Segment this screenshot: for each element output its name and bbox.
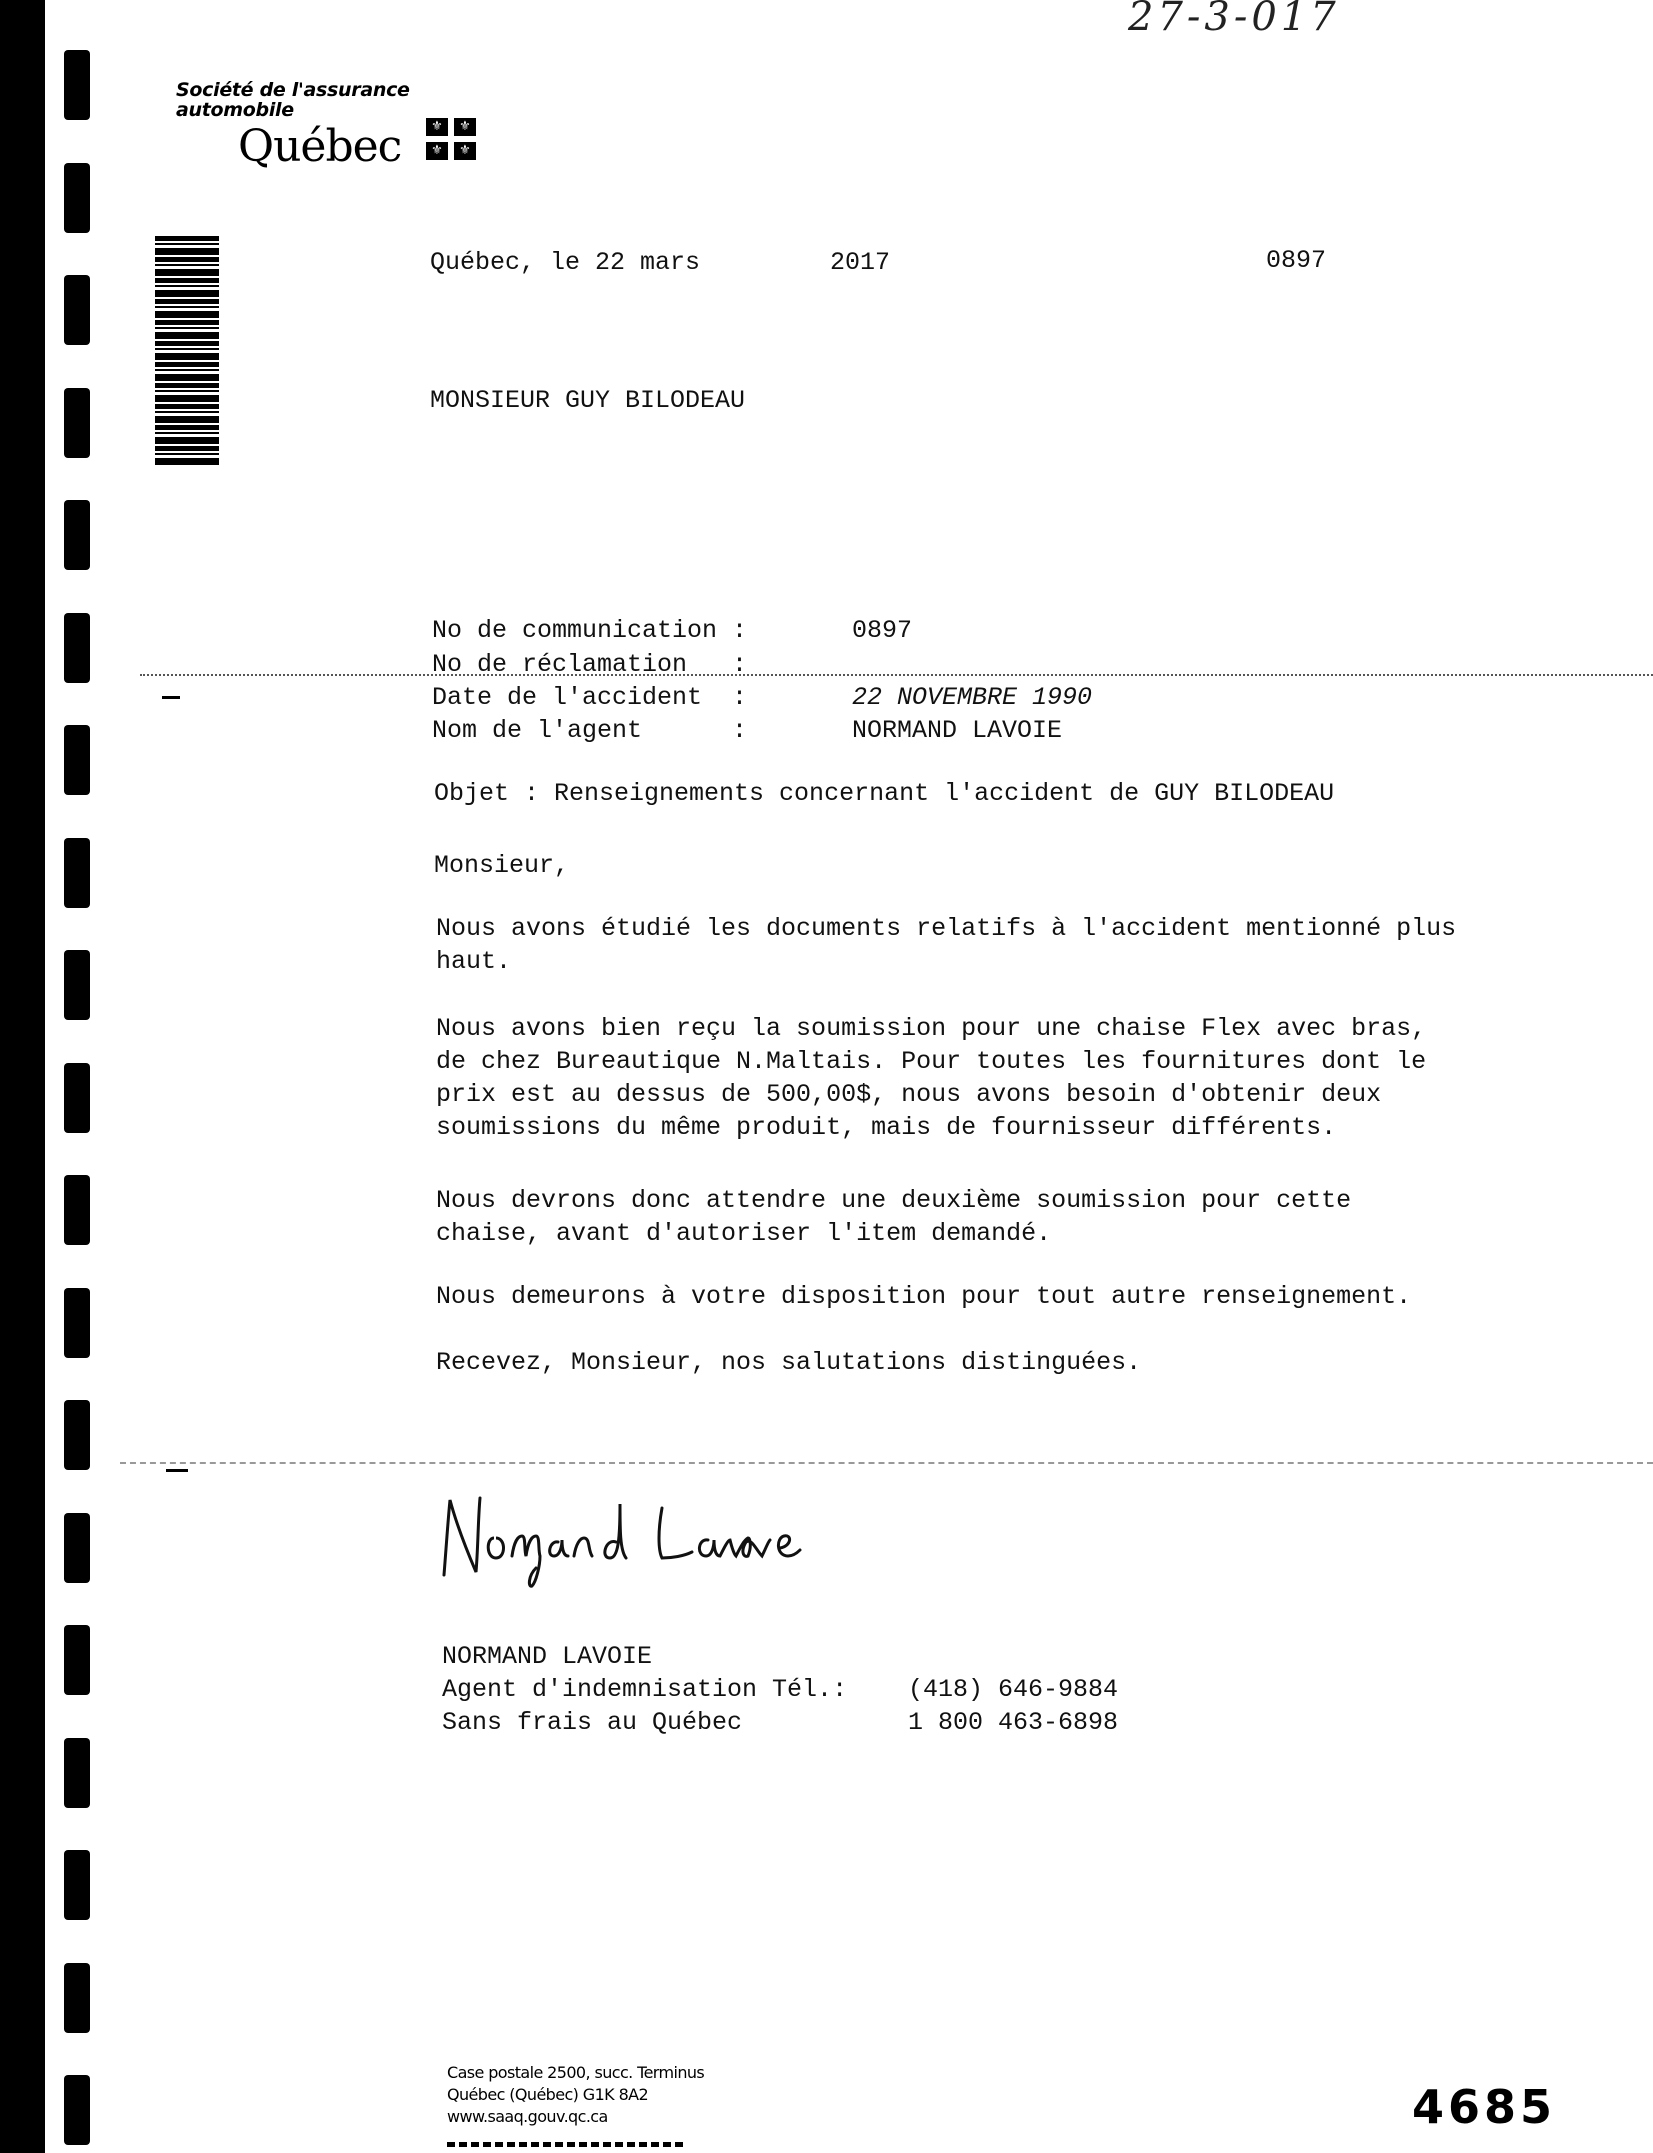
field-value: 22 NOVEMBRE 1990	[852, 681, 1092, 715]
margin-mark	[64, 500, 90, 570]
fold-mark	[162, 696, 180, 699]
margin-mark	[64, 275, 90, 345]
footer-address: Case postale 2500, succ. Terminus Québec…	[447, 2062, 704, 2128]
logo-line-2: automobile	[176, 100, 410, 120]
letter-ref-number: 0897	[1266, 244, 1326, 278]
body-line: Recevez, Monsieur, nos salutations disti…	[436, 1346, 1141, 1380]
margin-mark	[64, 388, 90, 458]
field-value: NORMAND LAVOIE	[852, 714, 1062, 748]
signatory-title: Agent d'indemnisation Tél.:	[442, 1673, 847, 1707]
tollfree-label: Sans frais au Québec	[442, 1706, 742, 1740]
body-line: haut.	[436, 945, 511, 979]
body-line: soumissions du même produit, mais de fou…	[436, 1111, 1336, 1145]
margin-mark	[64, 1175, 90, 1245]
margin-mark	[64, 50, 90, 120]
body-line: Nous avons étudié les documents relatifs…	[436, 912, 1456, 946]
margin-mark	[64, 1513, 90, 1583]
margin-mark	[64, 1063, 90, 1133]
field-label: Date de l'accident :	[432, 681, 747, 715]
margin-mark	[64, 1625, 90, 1695]
fleur-de-lis-icon: ⚜	[426, 118, 448, 136]
fleur-de-lis-icon: ⚜	[454, 142, 476, 160]
fleur-de-lis-icon: ⚜	[454, 118, 476, 136]
margin-mark	[64, 838, 90, 908]
logo-quebec: Québec	[238, 124, 401, 170]
margin-mark	[64, 1738, 90, 1808]
letter-salutation: Monsieur,	[434, 849, 569, 883]
signature: Normand Lavoie	[436, 1490, 856, 1600]
margin-mark	[64, 613, 90, 683]
body-line: Nous avons bien reçu la soumission pour …	[436, 1012, 1426, 1046]
fleur-de-lis-icon: ⚜	[426, 142, 448, 160]
body-line: chaise, avant d'autoriser l'item demandé…	[436, 1217, 1051, 1251]
scan-edge-bar	[0, 0, 45, 2153]
footer-form-code	[447, 2142, 687, 2147]
margin-mark	[64, 1850, 90, 1920]
tollfree-number: 1 800 463-6898	[908, 1706, 1118, 1740]
footer-website: www.saaq.gouv.qc.ca	[447, 2106, 704, 2128]
margin-mark	[64, 950, 90, 1020]
margin-mark	[64, 725, 90, 795]
fold-line	[140, 674, 1653, 676]
saaq-logo: Société de l'assurance automobile Québec…	[176, 80, 410, 120]
footer-line-1: Case postale 2500, succ. Terminus	[447, 2062, 704, 2084]
margin-mark	[64, 1400, 90, 1470]
signatory-name: NORMAND LAVOIE	[442, 1640, 652, 1674]
fold-mark	[166, 1469, 188, 1472]
field-label: Nom de l'agent :	[432, 714, 747, 748]
margin-mark	[64, 163, 90, 233]
fold-line	[120, 1462, 1653, 1464]
stamp-number: 4685	[1412, 2080, 1556, 2134]
letter-page: Société de l'assurance automobile Québec…	[0, 0, 1653, 2153]
margin-mark	[64, 1963, 90, 2033]
body-line: de chez Bureautique N.Maltais. Pour tout…	[436, 1045, 1426, 1079]
body-line: Nous devrons donc attendre une deuxième …	[436, 1184, 1351, 1218]
letter-place-date: Québec, le 22 mars	[430, 246, 700, 280]
field-value: 0897	[852, 614, 912, 648]
body-line: prix est au dessus de 500,00$, nous avon…	[436, 1078, 1381, 1112]
field-label: No de réclamation :	[432, 648, 747, 682]
margin-mark	[64, 1288, 90, 1358]
body-line: Nous demeurons à votre disposition pour …	[436, 1280, 1411, 1314]
field-label: No de communication :	[432, 614, 747, 648]
signatory-phone: (418) 646-9884	[908, 1673, 1118, 1707]
margin-mark	[64, 2075, 90, 2145]
letter-year: 2017	[830, 246, 890, 280]
logo-line-1: Société de l'assurance	[176, 80, 410, 100]
recipient-name: MONSIEUR GUY BILODEAU	[430, 384, 745, 418]
quebec-flag-icon: ⚜ ⚜ ⚜ ⚜	[426, 118, 478, 162]
handwritten-date: 27-3-017	[1128, 0, 1340, 40]
footer-line-2: Québec (Québec) G1K 8A2	[447, 2084, 704, 2106]
letter-subject: Objet : Renseignements concernant l'acci…	[434, 777, 1334, 811]
barcode	[155, 236, 219, 466]
